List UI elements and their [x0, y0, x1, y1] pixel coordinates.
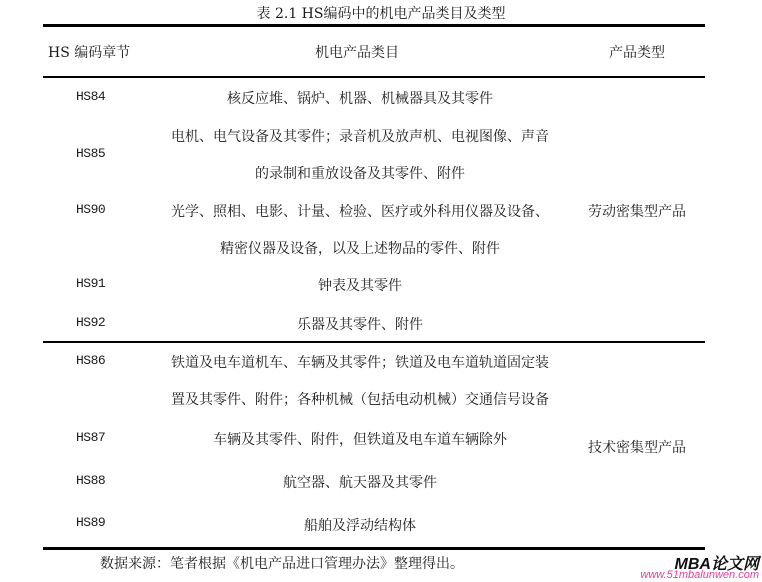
- row-desc: 钟表及其零件: [130, 275, 590, 295]
- top-rule: [43, 24, 705, 27]
- table-caption: 表 2.1 HS编码中的机电产品类目及类型: [0, 3, 762, 23]
- row-desc: 航空器、航天器及其零件: [130, 472, 590, 492]
- row-desc: 车辆及其零件、附件，但铁道及电车道车辆除外: [130, 429, 590, 449]
- row-desc: 船舶及浮动结构体: [130, 515, 590, 535]
- row-code: HS88: [76, 473, 105, 488]
- header-product-type: 产品类型: [609, 42, 665, 62]
- row-desc-cont: 的录制和重放设备及其零件、附件: [130, 163, 590, 183]
- row-code: HS84: [76, 89, 105, 104]
- row-code: HS86: [76, 353, 105, 368]
- row-desc: 乐器及其零件、附件: [130, 314, 590, 334]
- row-code: HS89: [76, 515, 105, 530]
- header-category: 机电产品类目: [315, 42, 399, 62]
- row-desc: 电机、电气设备及其零件；录音机及放声机、电视图像、声音: [130, 126, 590, 146]
- source-note: 数据来源：笔者根据《机电产品进口管理办法》整理得出。: [100, 553, 464, 573]
- product-type-label: 劳动密集型产品: [588, 201, 686, 221]
- header-hs-chapter: HS 编码章节: [48, 42, 130, 62]
- row-desc: 光学、照相、电影、计量、检验、医疗或外科用仪器及设备、: [130, 201, 590, 221]
- bottom-rule: [43, 547, 705, 550]
- row-desc: 铁道及电车道机车、车辆及其零件；铁道及电车道轨道固定装: [130, 352, 590, 372]
- row-desc-cont: 置及其零件、附件；各种机械（包括电动机械）交通信号设备: [130, 389, 590, 409]
- row-code: HS91: [76, 276, 105, 291]
- group-divider: [43, 341, 705, 343]
- row-code: HS85: [76, 146, 105, 161]
- row-code: HS87: [76, 430, 105, 445]
- header-rule: [43, 76, 705, 78]
- product-type-label: 技术密集型产品: [588, 437, 686, 457]
- row-desc-cont: 精密仪器及设备，以及上述物品的零件、附件: [130, 238, 590, 258]
- row-code: HS92: [76, 315, 105, 330]
- row-desc: 核反应堆、锅炉、机器、机械器具及其零件: [130, 88, 590, 108]
- row-code: HS90: [76, 202, 105, 217]
- watermark-url: www.51mbalunwen.com: [640, 569, 759, 581]
